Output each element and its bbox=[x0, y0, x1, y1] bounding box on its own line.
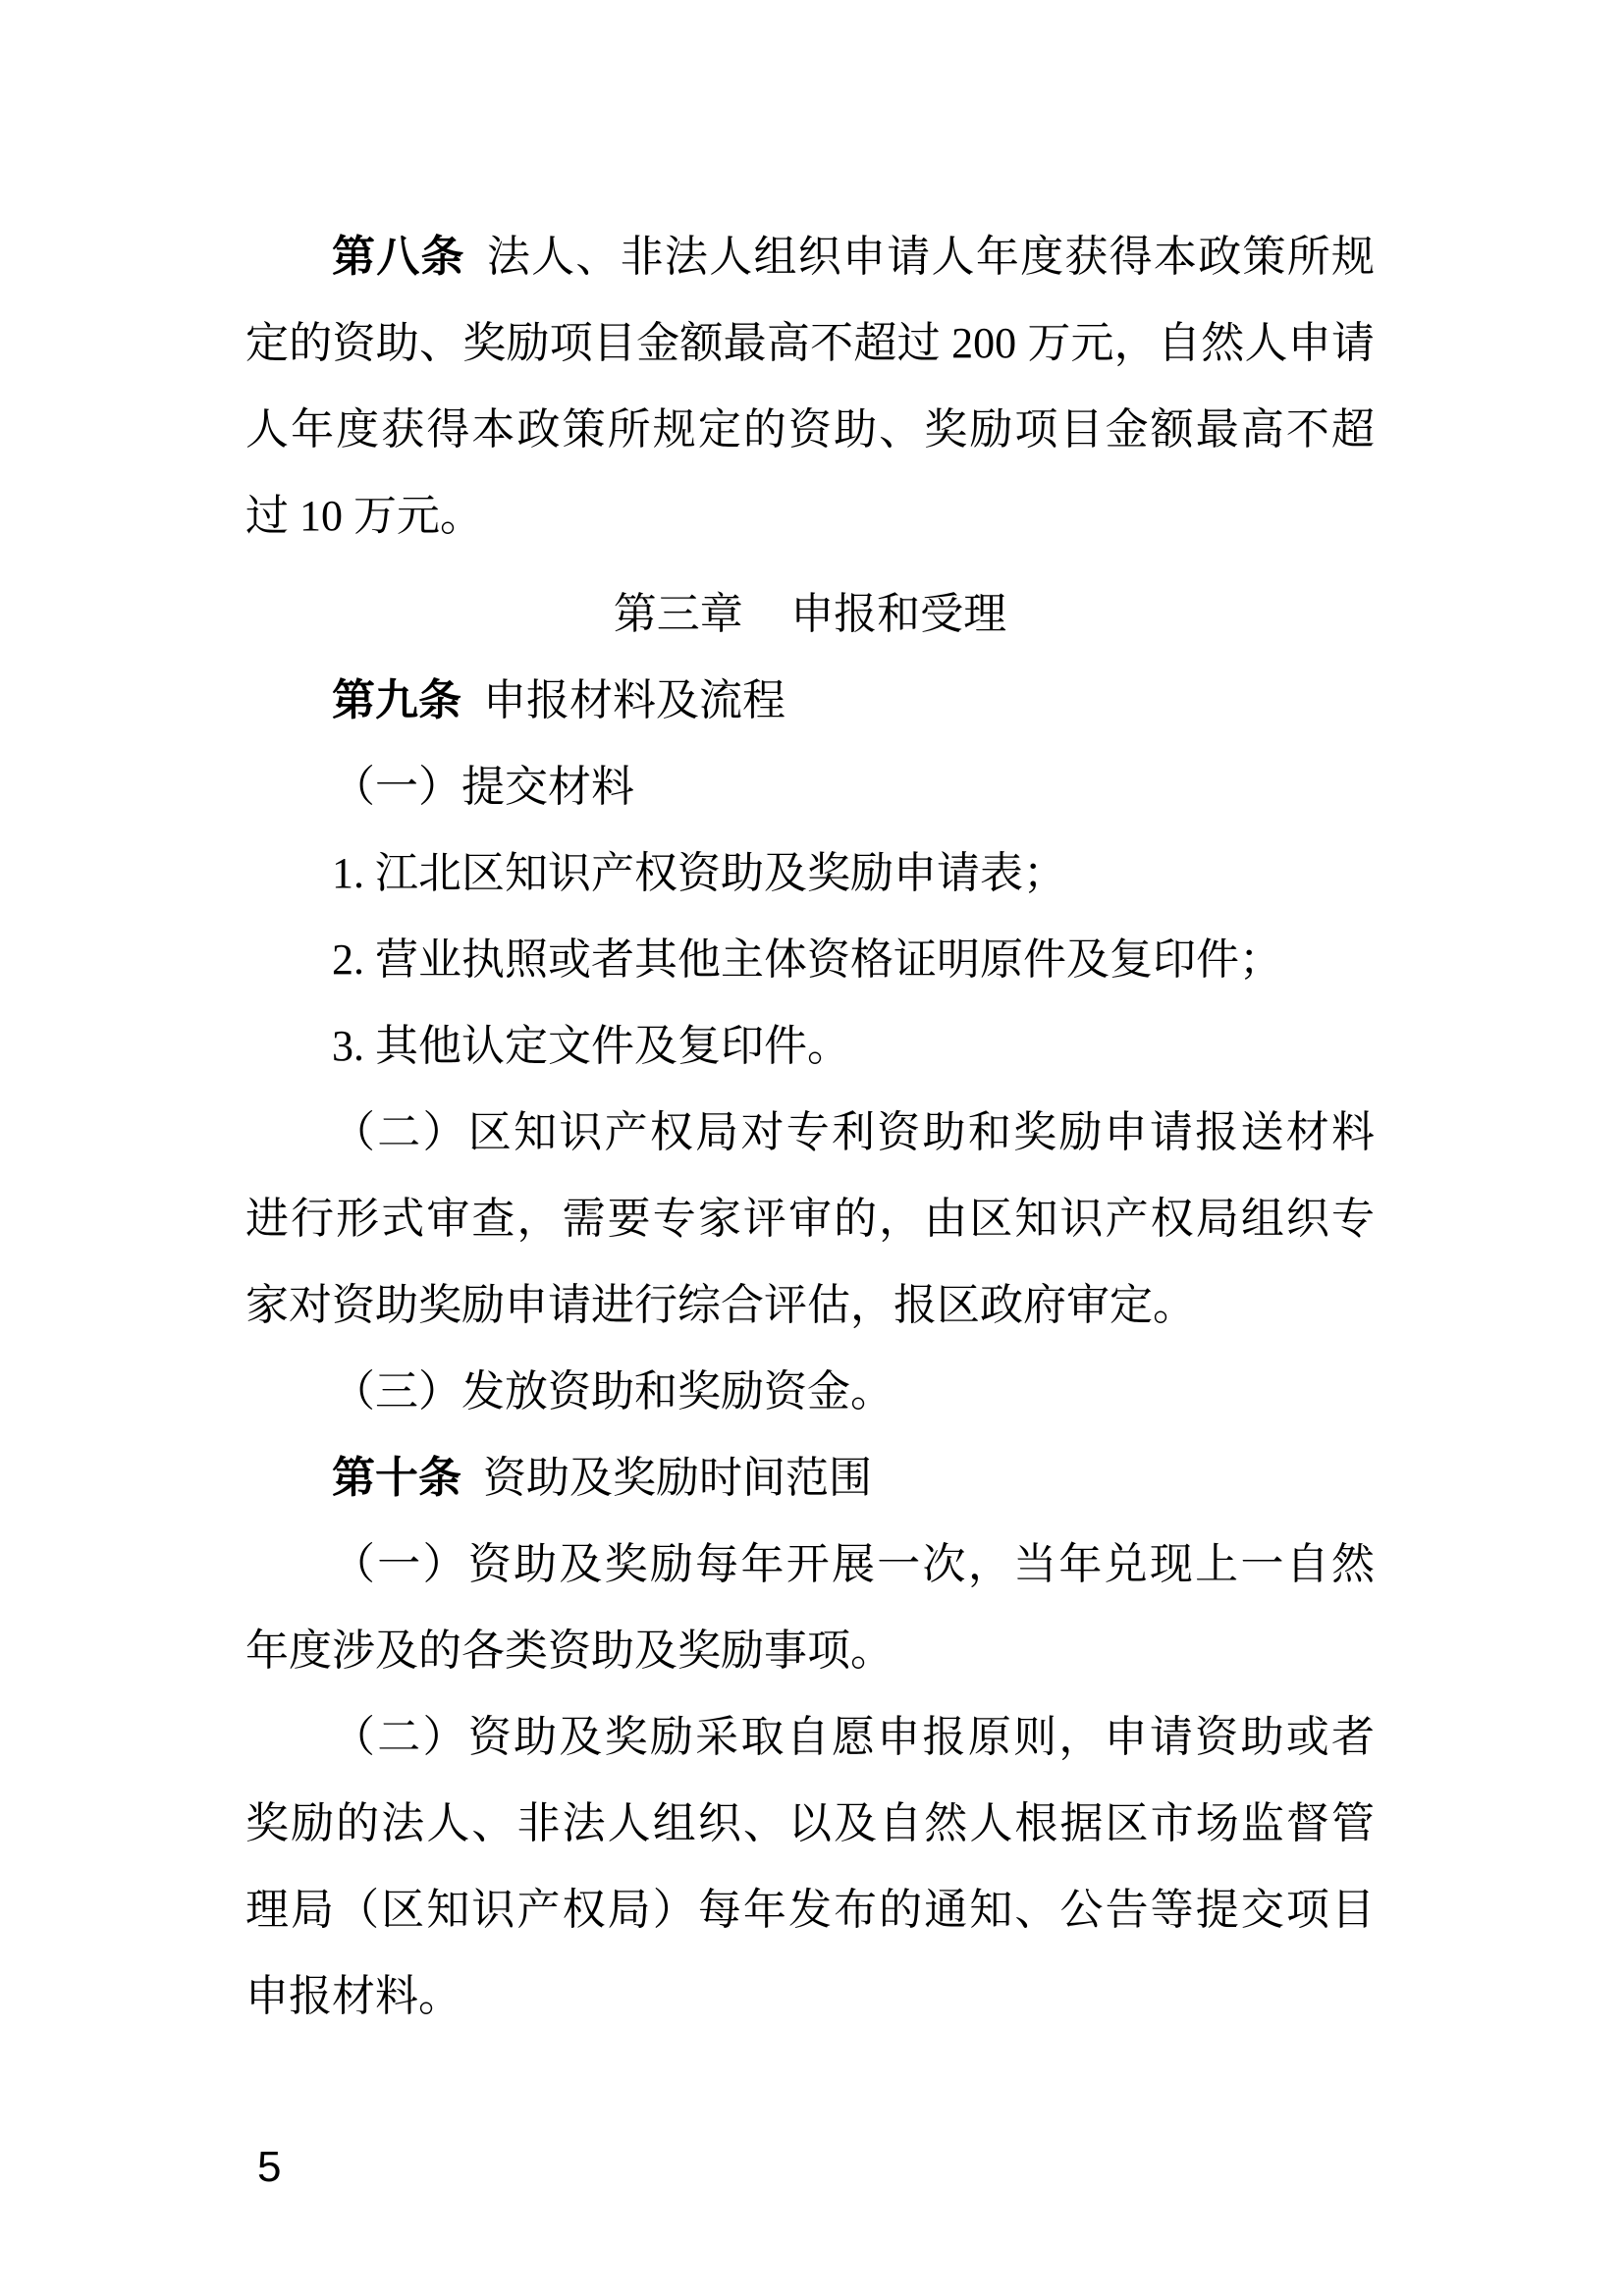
chapter-3-title: 申报和受理 bbox=[790, 590, 1006, 638]
article-8-line-1: 第八条法人、非法人组织申请人年度获得本政策所规 bbox=[245, 214, 1375, 300]
article-10-title: 资助及奖励时间范围 bbox=[483, 1454, 872, 1502]
article-9-item-2-line-1: （二）区知识产权局对专利资助和奖励申请报送材料 bbox=[245, 1090, 1375, 1176]
article-10-item-1-line-1: （一）资助及奖励每年开展一次，当年兑现上一自然 bbox=[245, 1522, 1375, 1608]
article-8-line-1-text: 法人、非法人组织申请人年度获得本政策所规 bbox=[487, 233, 1375, 281]
chapter-3-label: 第三章 bbox=[614, 590, 743, 638]
article-9-material-1: 1. 江北区知识产权资助及奖励申请表； bbox=[245, 830, 1375, 917]
article-9-label: 第九条 bbox=[332, 676, 461, 724]
article-9-material-2: 2. 营业执照或者其他主体资格证明原件及复印件； bbox=[245, 917, 1375, 1003]
article-8-label: 第八条 bbox=[332, 233, 465, 281]
document-body: 第八条法人、非法人组织申请人年度获得本政策所规 定的资助、奖励项目金额最高不超过… bbox=[245, 214, 1375, 2040]
article-10-item-2-line-2: 奖励的法人、非法人组织、以及自然人根据区市场监督管 bbox=[245, 1781, 1375, 1867]
article-9-item-2-line-3: 家对资助奖励申请进行综合评估，报区政府审定。 bbox=[245, 1262, 1375, 1349]
article-8-line-3: 人年度获得本政策所规定的资助、奖励项目金额最高不超 bbox=[245, 387, 1375, 473]
article-9-material-3: 3. 其他认定文件及复印件。 bbox=[245, 1003, 1375, 1090]
article-9-item-3: （三）发放资助和奖励资金。 bbox=[245, 1349, 1375, 1435]
article-8-line-2: 定的资助、奖励项目金额最高不超过 200 万元，自然人申请 bbox=[245, 300, 1375, 387]
article-10-title-line: 第十条资助及奖励时间范围 bbox=[245, 1435, 1375, 1522]
article-10-label: 第十条 bbox=[332, 1454, 461, 1502]
chapter-3-heading: 第三章申报和受理 bbox=[245, 571, 1375, 658]
article-9-item-2-line-2: 进行形式审查，需要专家评审的，由区知识产权局组织专 bbox=[245, 1176, 1375, 1262]
article-9-title-line: 第九条申报材料及流程 bbox=[245, 658, 1375, 744]
article-9-title: 申报材料及流程 bbox=[483, 676, 785, 724]
document-page: 第八条法人、非法人组织申请人年度获得本政策所规 定的资助、奖励项目金额最高不超过… bbox=[0, 0, 1624, 2296]
article-9-item-1: （一）提交材料 bbox=[245, 744, 1375, 830]
page-number: 5 bbox=[257, 2146, 281, 2189]
article-10-item-1-line-2: 年度涉及的各类资助及奖励事项。 bbox=[245, 1608, 1375, 1694]
article-10-item-2-line-1: （二）资助及奖励采取自愿申报原则，申请资助或者 bbox=[245, 1694, 1375, 1781]
article-8-line-4: 过 10 万元。 bbox=[245, 473, 1375, 560]
article-10-item-2-line-4: 申报材料。 bbox=[245, 1953, 1375, 2040]
article-10-item-2-line-3: 理局（区知识产权局）每年发布的通知、公告等提交项目 bbox=[245, 1867, 1375, 1953]
